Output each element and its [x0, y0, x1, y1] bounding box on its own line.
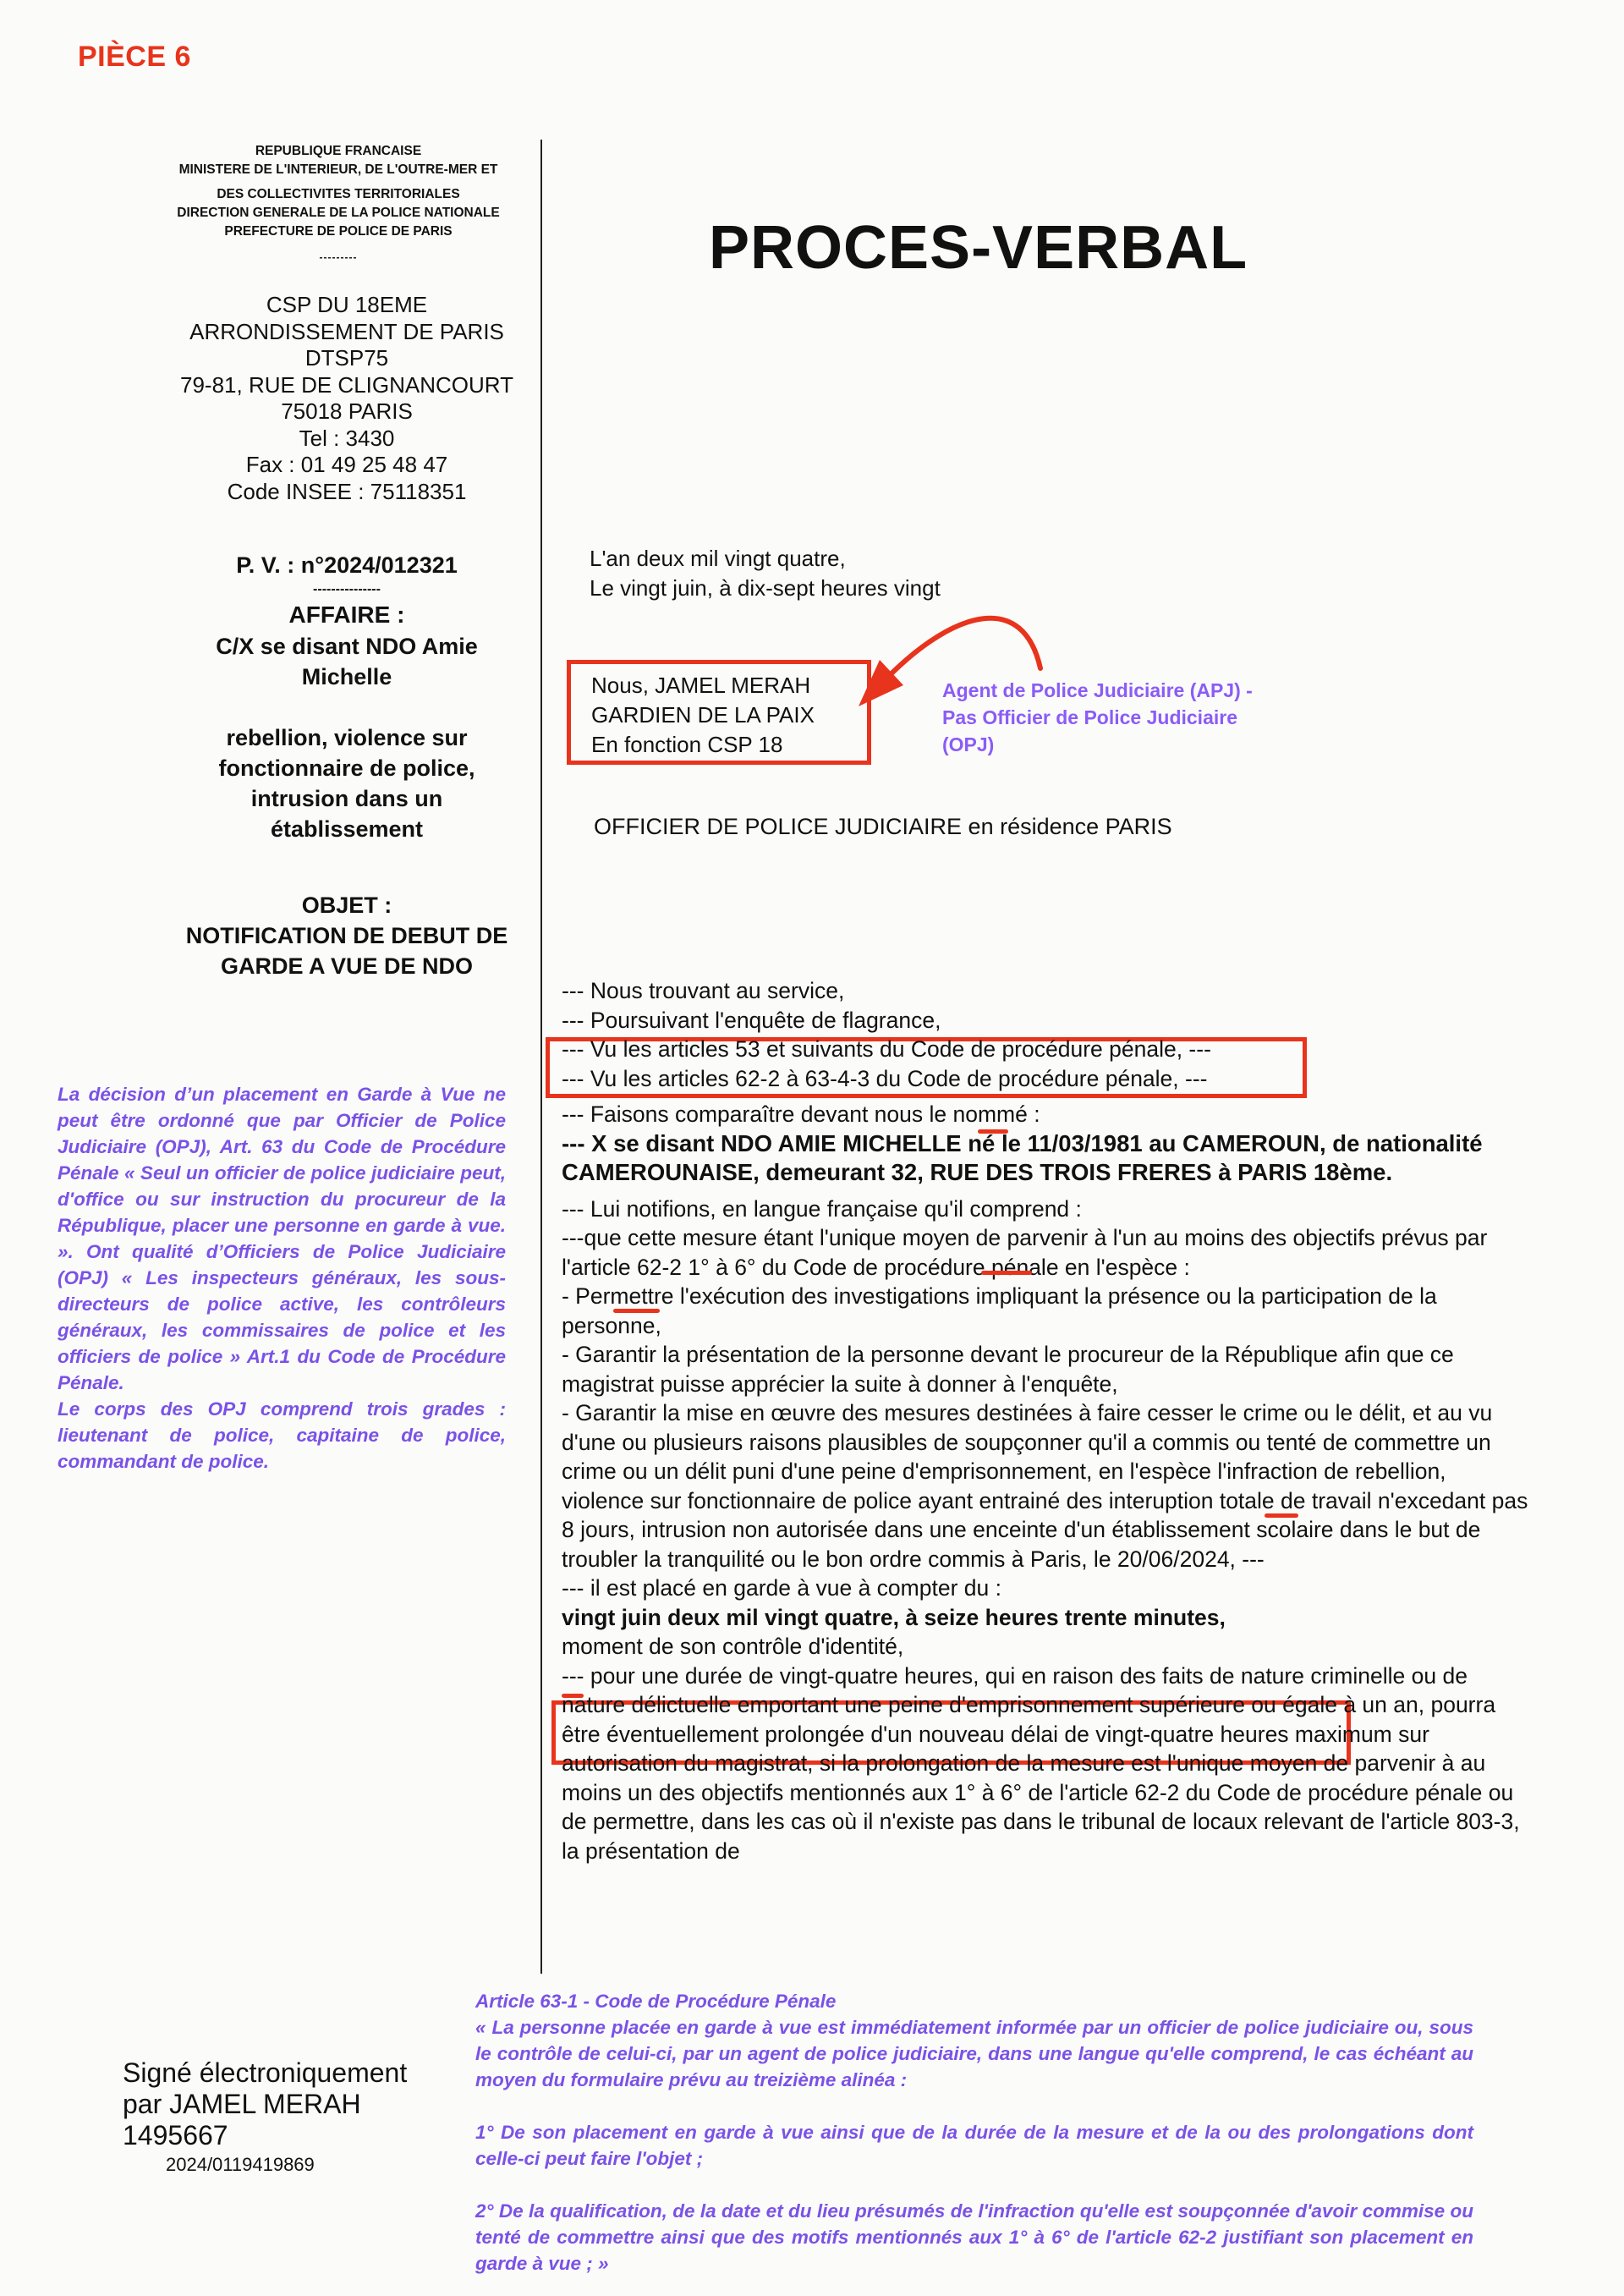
body-paragraph: - Garantir la présentation de la personn… [562, 1340, 1534, 1398]
article-title: Article 63-1 - Code de Procédure Pénale [475, 1988, 1473, 2014]
article-text: 1° De son placement en garde à vue ainsi… [475, 2119, 1473, 2172]
body-paragraph: - Garantir la mise en œuvre des mesures … [562, 1398, 1534, 1574]
body-paragraph: --- Vu les articles 53 et suivants du Co… [562, 1035, 1534, 1064]
apj-line: (OPJ) [942, 731, 1306, 758]
underline-mark [562, 1694, 584, 1698]
signature-line: par JAMEL MERAH [123, 2089, 407, 2120]
underline-mark [981, 1271, 1032, 1275]
signature-reference: 2024/0119419869 [166, 2154, 315, 2176]
apj-line: Pas Officier de Police Judiciaire [942, 704, 1306, 731]
body-paragraph: --- Lui notifions, en langue française q… [562, 1195, 1534, 1224]
underline-mark [978, 1129, 1008, 1134]
body-paragraph: --- Faisons comparaître devant nous le n… [562, 1100, 1534, 1129]
signature-line: 1495667 [123, 2120, 407, 2151]
pv-body: --- Nous trouvant au service, --- Poursu… [562, 976, 1534, 1865]
body-paragraph: moment de son contrôle d'identité, [562, 1632, 1534, 1662]
underline-mark [613, 1309, 660, 1313]
apj-annotation: Agent de Police Judiciaire (APJ) - Pas O… [942, 677, 1306, 758]
article-annotation: Article 63-1 - Code de Procédure Pénale … [475, 1988, 1473, 2277]
body-paragraph: --- Vu les articles 62-2 à 63-4-3 du Cod… [562, 1064, 1534, 1094]
underline-mark [1265, 1513, 1298, 1518]
signature-block: Signé électroniquement par JAMEL MERAH 1… [123, 2057, 407, 2151]
custody-start-time: vingt juin deux mil vingt quatre, à seiz… [562, 1603, 1534, 1633]
article-text: « La personne placée en garde à vue est … [475, 2014, 1473, 2093]
article-text: 2° De la qualification, de la date et du… [475, 2198, 1473, 2277]
suspect-identity: --- X se disant NDO AMIE MICHELLE né le … [562, 1129, 1534, 1188]
signature-line: Signé électroniquement [123, 2057, 407, 2089]
body-paragraph: ---que cette mesure étant l'unique moyen… [562, 1223, 1534, 1282]
body-paragraph: --- il est placé en garde à vue à compte… [562, 1574, 1534, 1603]
body-paragraph: --- Nous trouvant au service, [562, 976, 1534, 1006]
apj-line: Agent de Police Judiciaire (APJ) - [942, 677, 1306, 704]
body-paragraph: --- Poursuivant l'enquête de flagrance, [562, 1006, 1534, 1035]
body-paragraph: --- pour une durée de vingt-quatre heure… [562, 1662, 1534, 1866]
body-paragraph: - Permettre l'exécution des investigatio… [562, 1282, 1534, 1340]
opj-line: OFFICIER DE POLICE JUDICIAIRE en résiden… [594, 814, 1172, 840]
